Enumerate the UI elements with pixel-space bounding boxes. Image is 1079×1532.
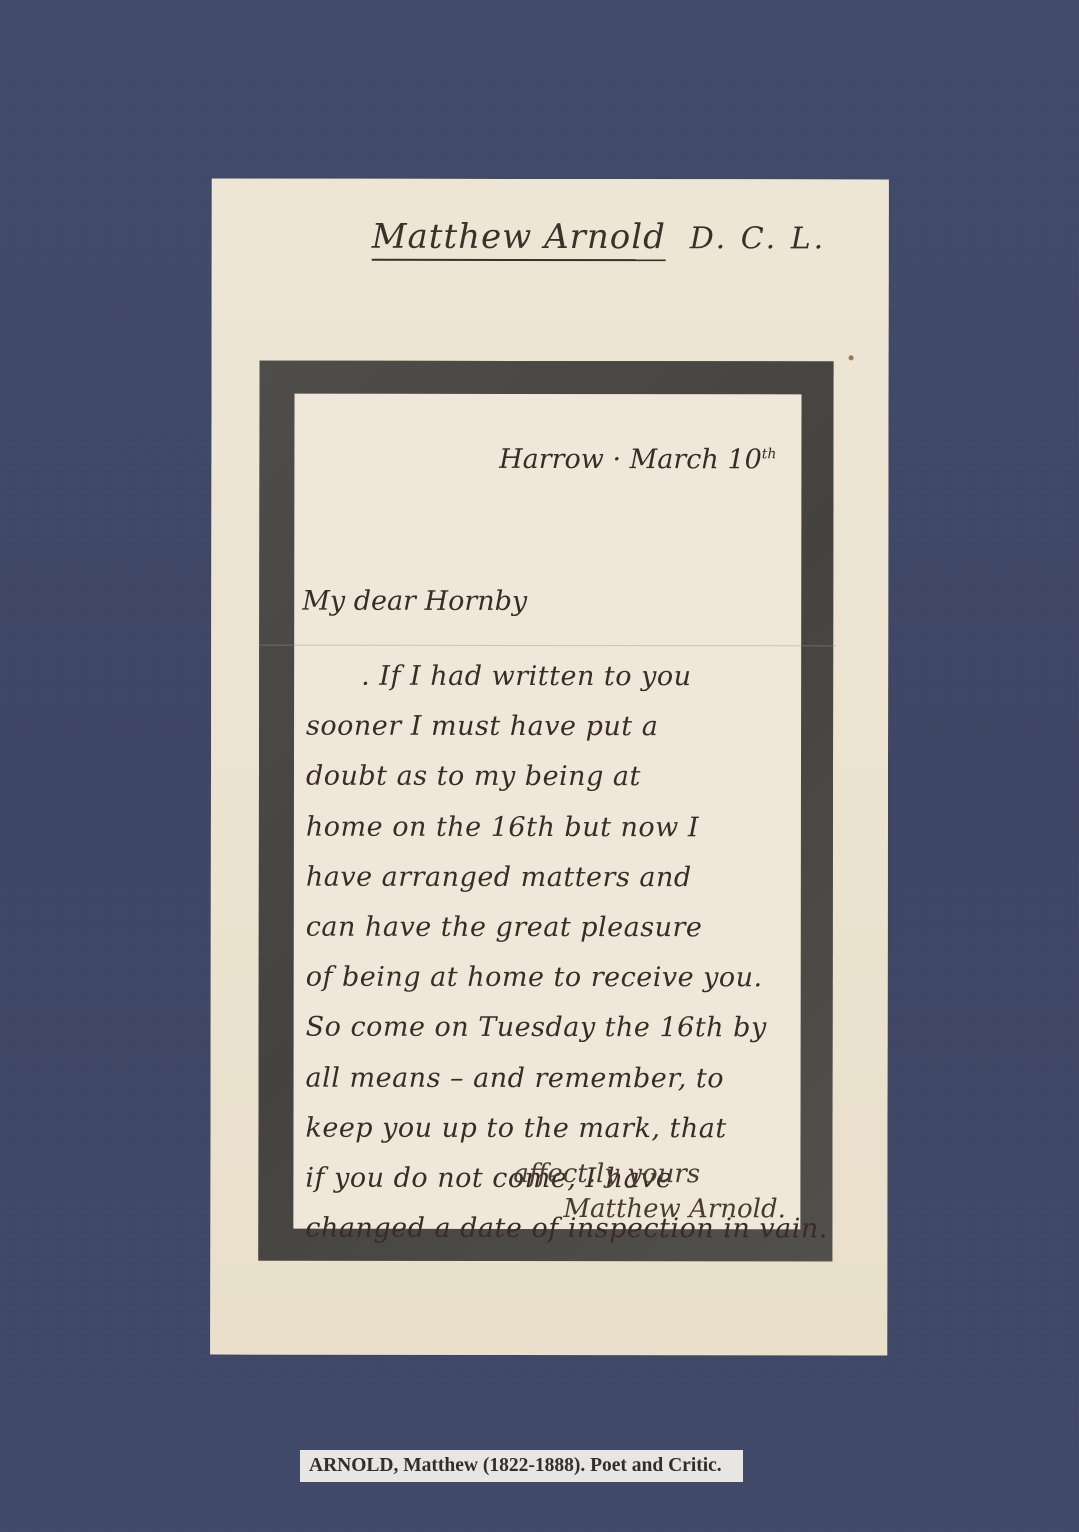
letter-line: can have the great pleasure xyxy=(306,903,801,954)
letter-line: have arranged matters and xyxy=(306,852,801,903)
caption-label: ARNOLD, Matthew (1822-1888). Poet and Cr… xyxy=(300,1450,743,1482)
letter-line: of being at home to receive you. xyxy=(306,953,801,1004)
letter-line: home on the 16th but now I xyxy=(306,802,801,853)
letter-line: . If I had written to you xyxy=(306,652,801,703)
letter-line: all means – and remember, to xyxy=(306,1053,801,1104)
letter-line: doubt as to my being at xyxy=(306,752,801,803)
fold-line xyxy=(259,645,836,647)
letter-line: So come on Tuesday the 16th by xyxy=(306,1003,801,1054)
letter-line: sooner I must have put a xyxy=(306,702,801,753)
letter-line: keep you up to the mark, that xyxy=(305,1103,800,1154)
blue-mount-board: Matthew Arnold D. C. L. Harrow · March 1… xyxy=(0,0,1079,1532)
header-degree: D. C. L. xyxy=(690,221,827,256)
letter-closing: affect.ly yours xyxy=(513,1159,700,1189)
letter-photo-frame: Harrow · March 10th My dear Hornby . If … xyxy=(258,361,833,1262)
mounting-paper-sheet: Matthew Arnold D. C. L. Harrow · March 1… xyxy=(210,179,889,1356)
header-name: Matthew Arnold xyxy=(372,217,666,261)
letter-dateline: Harrow · March 10th xyxy=(499,444,776,475)
handwritten-letter: Harrow · March 10th My dear Hornby . If … xyxy=(293,394,801,1230)
letter-signature: Matthew Arnold. xyxy=(563,1194,786,1224)
handwritten-header: Matthew Arnold D. C. L. xyxy=(372,217,802,258)
dateline-text: Harrow · March 10 xyxy=(499,444,762,475)
dateline-suffix: th xyxy=(762,446,777,462)
foxing-spot xyxy=(849,355,854,360)
letter-salutation: My dear Hornby xyxy=(302,586,527,617)
